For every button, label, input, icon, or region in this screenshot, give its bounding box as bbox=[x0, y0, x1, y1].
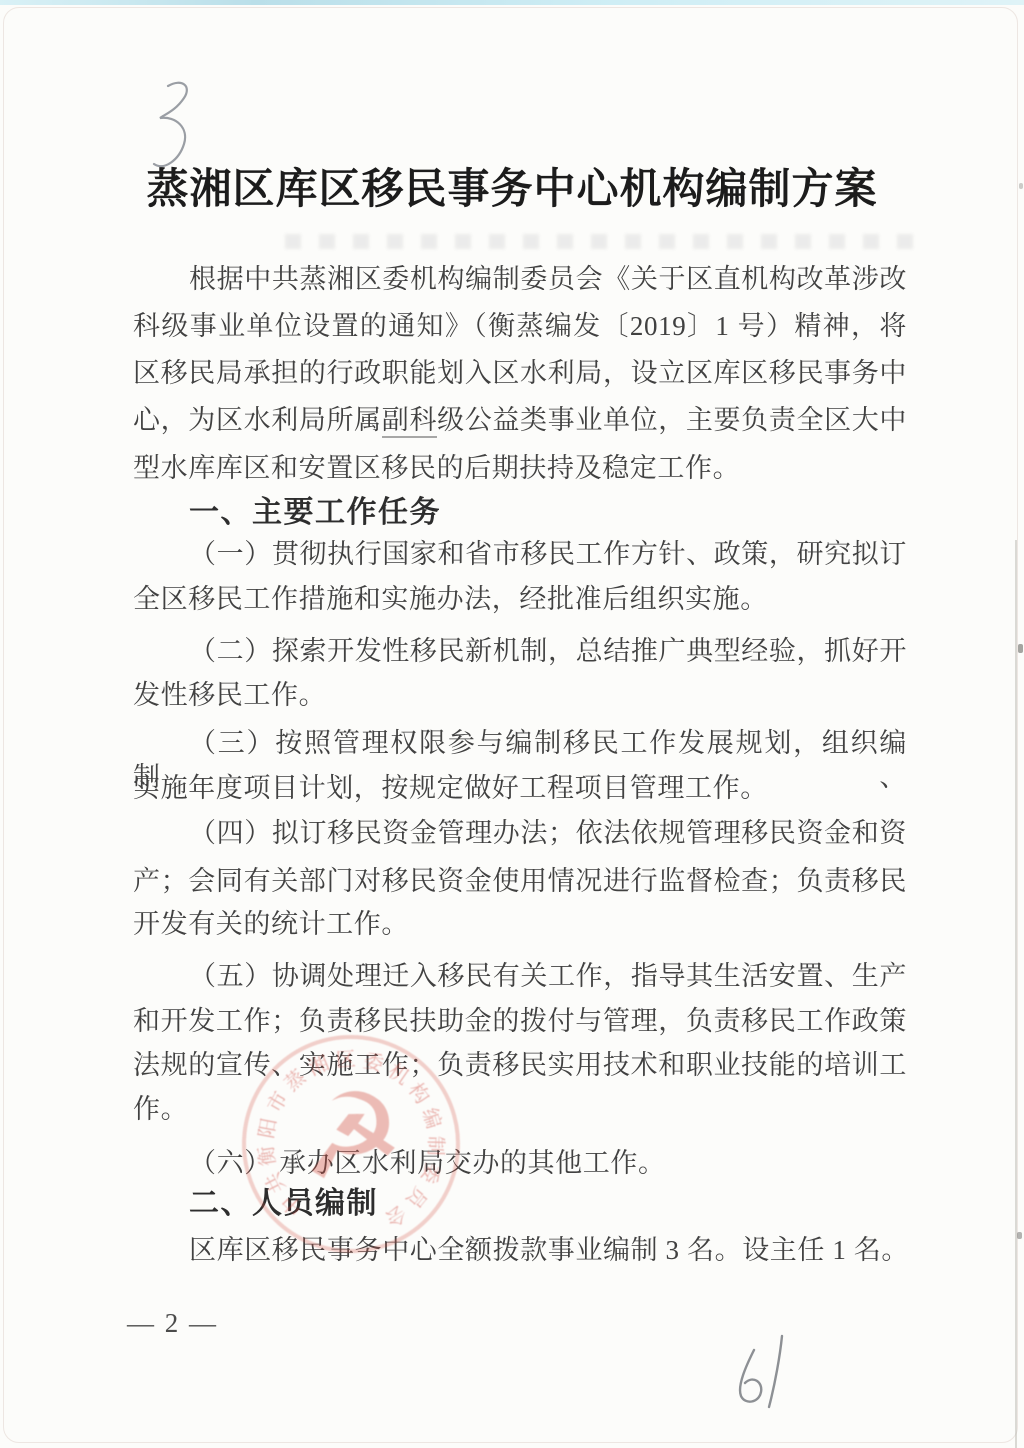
body-line: 和开发工作；负责移民扶助金的拨付与管理，负责移民工作政策 bbox=[133, 1004, 907, 1038]
document-title: 蒸湘区库区移民事务中心机构编制方案 bbox=[0, 156, 1024, 216]
page-number: — 2 — bbox=[127, 1308, 218, 1339]
body-line: 区移民局承担的行政职能划入区水利局，设立区库区移民事务中 bbox=[133, 356, 907, 390]
handwritten-3-mark bbox=[154, 83, 187, 166]
body-line: 型水库库区和安置区移民的后期扶持及稳定工作。 bbox=[133, 451, 907, 485]
body-line: （二）探索开发性移民新机制，总结推广典型经验，抓好开 bbox=[133, 634, 907, 668]
body-line: 区库区移民事务中心全额拨款事业编制 3 名。设主任 1 名。 bbox=[133, 1233, 907, 1267]
body-line: 根据中共蒸湘区委机构编制委员会《关于区直机构改革涉改 bbox=[133, 262, 907, 296]
body-line: （一）贯彻执行国家和省市移民工作方针、政策，研究拟订 bbox=[133, 537, 907, 571]
body-text: 心，为区水利局所属 bbox=[133, 405, 382, 435]
scan-speck bbox=[1018, 644, 1023, 653]
body-line: 法规的宣传、实施工作；负责移民实用技术和职业技能的培训工 bbox=[133, 1048, 907, 1082]
section-heading-2: 二、人员编制 bbox=[133, 1187, 907, 1221]
body-line: 开发有关的统计工作。 bbox=[133, 907, 907, 941]
page-right-edge-line bbox=[1015, 540, 1017, 1448]
scanner-edge-strip bbox=[0, 0, 1024, 5]
body-line: （五）协调处理迁入移民有关工作，指导其生活安置、生产 bbox=[133, 959, 907, 993]
body-line: （六） 承办区水利局交办的其他工作。 bbox=[133, 1146, 907, 1180]
body-line: 作。 bbox=[133, 1092, 907, 1126]
hand-underlined-text: 副科 bbox=[382, 405, 437, 438]
bleedthrough-smudge bbox=[285, 234, 930, 249]
scan-speck bbox=[1017, 1232, 1022, 1239]
handwriting-layer bbox=[0, 0, 1024, 1448]
body-line: 科级事业单位设置的通知》（衡蒸编发〔2019〕1 号）精神，将 bbox=[133, 309, 907, 343]
body-line: 发性移民工作。 bbox=[133, 678, 907, 712]
body-line: 产；会同有关部门对移民资金使用情况进行监督检查；负责移民 bbox=[133, 864, 907, 898]
section-heading-1: 一、主要工作任务 bbox=[133, 496, 907, 530]
body-line: （四）拟订移民资金管理办法；依法依规管理移民资金和资 bbox=[133, 816, 907, 850]
body-text: 级公益类事业单位，主要负责全区大中 bbox=[437, 405, 907, 435]
page-edge-outline bbox=[3, 7, 1018, 1443]
handwritten-61-mark bbox=[740, 1336, 782, 1407]
body-line: 心，为区水利局所属副科级公益类事业单位，主要负责全区大中 bbox=[133, 403, 907, 437]
body-line: 全区移民工作措施和实施办法，经批准后组织实施。 bbox=[133, 582, 907, 616]
scanned-document-page: 蒸湘区库区移民事务中心机构编制方案 根据中共蒸湘区委机构编制委员会《关于区直机构… bbox=[0, 0, 1024, 1448]
body-line: 实施年度项目计划，按规定做好工程项目管理工作。 bbox=[133, 771, 907, 805]
